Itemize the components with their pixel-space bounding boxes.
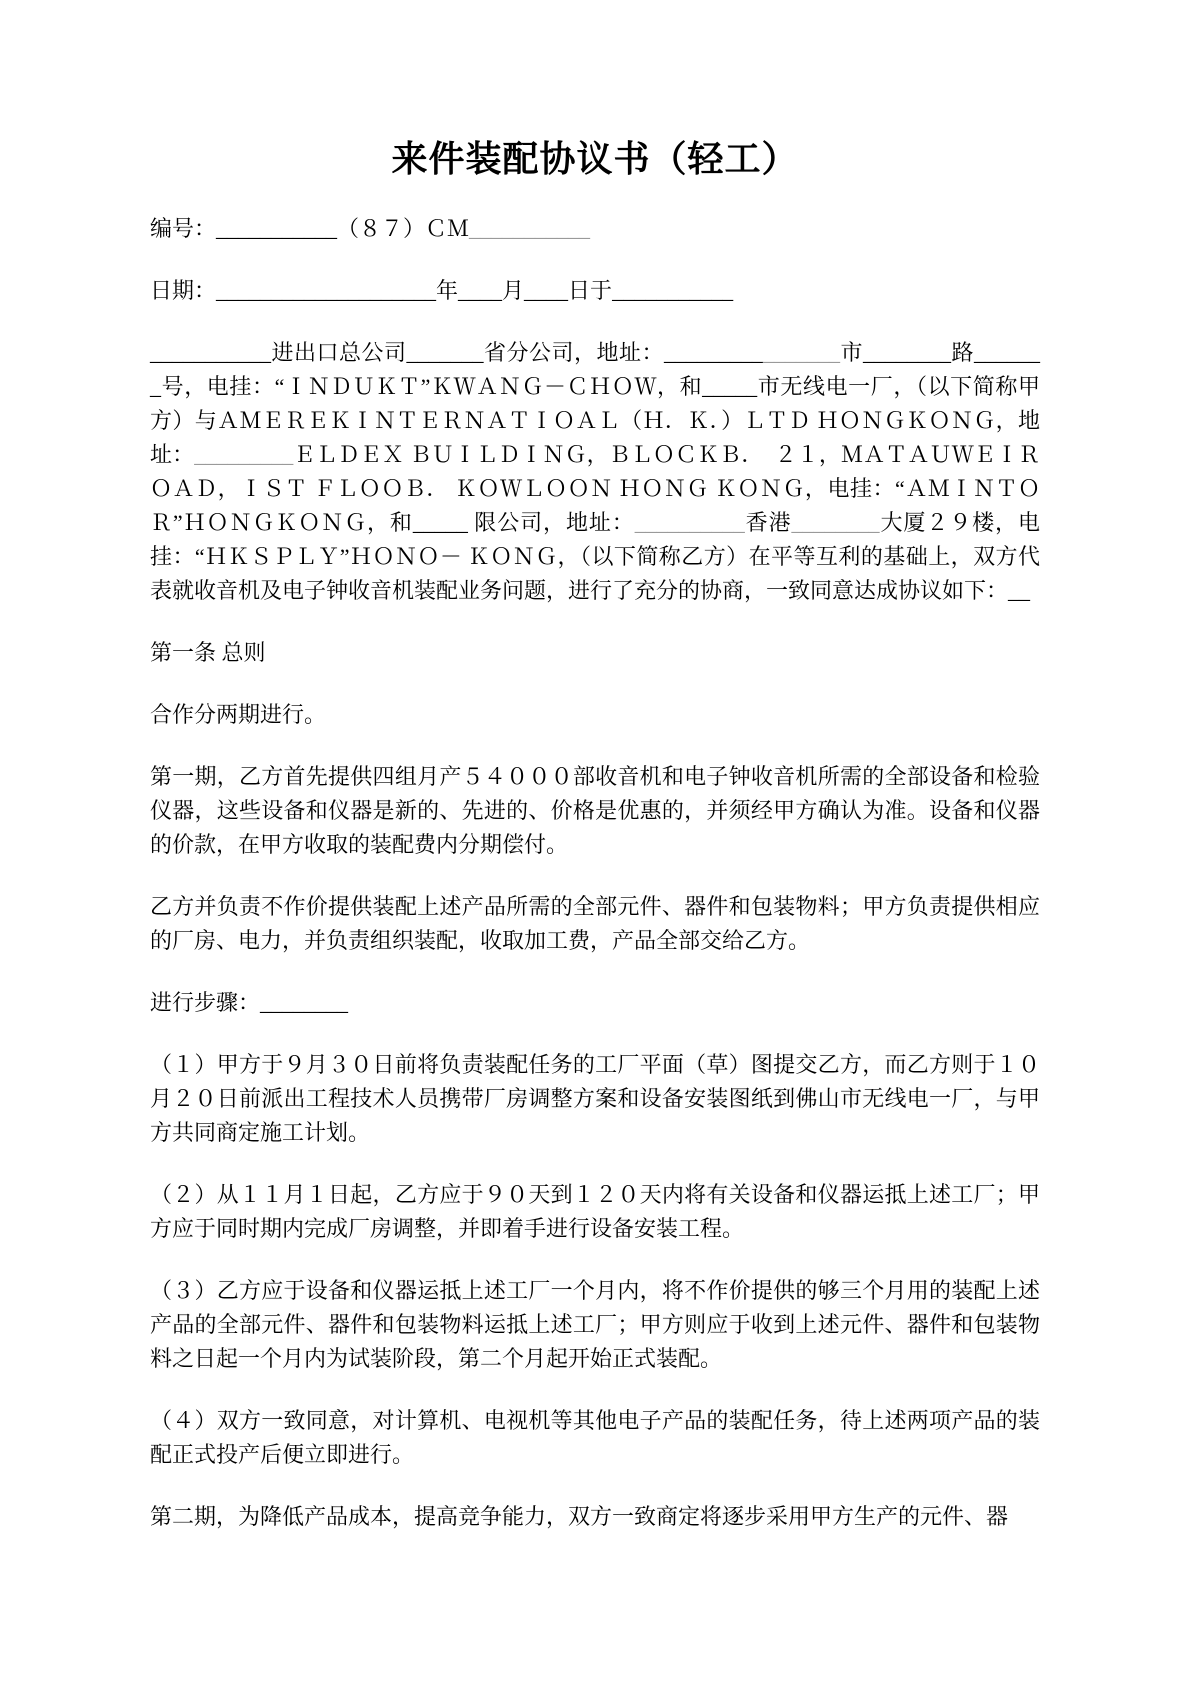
text-run: 进行步骤：	[150, 990, 260, 1015]
text-run: 年	[436, 278, 458, 303]
para-steps-label: 进行步骤：________	[150, 986, 1040, 1020]
text-run: 进出口总公司	[271, 340, 406, 365]
text-run: 号，电挂：“ＩＮＤＵＫＴ”ＫＷＡＮＧ－ＣＨＯＷ，和	[161, 374, 702, 399]
text-run: 乙方并负责不作价提供装配上述产品所需的全部元件、器件和包装物料；甲方负责提供相应…	[150, 894, 1040, 953]
text-run: 日于	[568, 278, 612, 303]
text-run: _________	[194, 442, 293, 467]
text-run: 第二期，为降低产品成本，提高竞争能力，双方一致商定将逐步采用甲方生产的元件、器	[150, 1504, 1008, 1529]
text-run: （１）甲方于９月３０日前将负责装配任务的工厂平面（草）图提交乙方，而乙方则于１０…	[150, 1052, 1040, 1145]
text-run: ____	[458, 278, 502, 303]
para-step-1: （１）甲方于９月３０日前将负责装配任务的工厂平面（草）图提交乙方，而乙方则于１０…	[150, 1048, 1040, 1150]
text-run: ________	[863, 340, 951, 365]
text-run: __	[1008, 578, 1030, 603]
field-date: 日期：____________________年____月____日于_____…	[150, 274, 1040, 308]
text-run: ________	[260, 990, 348, 1015]
para-cooperation-phases: 合作分两期进行。	[150, 698, 1040, 732]
field-number: 编号：___________（８７）ＣＭ___________	[150, 212, 1040, 246]
text-run: _________	[664, 340, 763, 365]
text-run: _____	[702, 374, 757, 399]
para-step-4: （４）双方一致同意，对计算机、电视机等其他电子产品的装配任务，待上述两项产品的装…	[150, 1404, 1040, 1472]
text-run: 省分公司，地址：	[483, 340, 663, 365]
para-parties: ___________进出口总公司_______省分公司，地址：________…	[150, 336, 1040, 608]
document-title: 来件装配协议书（轻工）	[150, 134, 1040, 184]
text-run: （２）从１１月１日起，乙方应于９０天到１２０天内将有关设备和仪器运抵上述工厂；甲…	[150, 1182, 1040, 1241]
para-phase-1: 第一期，乙方首先提供四组月产５４０００部收音机和电子钟收音机所需的全部设备和检验…	[150, 760, 1040, 862]
text-run: （４）双方一致同意，对计算机、电视机等其他电子产品的装配任务，待上述两项产品的装…	[150, 1408, 1040, 1467]
contract-document-page: 来件装配协议书（轻工） 编号：___________（８７）ＣＭ________…	[0, 0, 1190, 1534]
para-party-b-materials: 乙方并负责不作价提供装配上述产品所需的全部元件、器件和包装物料；甲方负责提供相应…	[150, 890, 1040, 958]
text-run: 第一条 总则	[150, 640, 266, 665]
text-run: ________	[792, 510, 880, 535]
text-run: （８７）ＣＭ	[337, 216, 469, 241]
text-run: ___________	[150, 340, 271, 365]
text-run: 第一期，乙方首先提供四组月产５４０００部收音机和电子钟收音机所需的全部设备和检验…	[150, 764, 1040, 857]
text-run: ___________	[216, 216, 337, 241]
text-run: 限公司，地址：	[468, 510, 635, 535]
para-step-3: （３）乙方应于设备和仪器运抵上述工厂一个月内，将不作价提供的够三个月用的装配上述…	[150, 1274, 1040, 1376]
text-run: 月	[502, 278, 524, 303]
text-run: _______	[406, 340, 483, 365]
para-step-2: （２）从１１月１日起，乙方应于９０天到１２０天内将有关设备和仪器运抵上述工厂；甲…	[150, 1178, 1040, 1246]
text-run: ___________	[469, 216, 590, 241]
text-run: 编号：	[150, 216, 216, 241]
heading-article-1: 第一条 总则	[150, 636, 1040, 670]
text-run: 日期：	[150, 278, 216, 303]
text-run: __________	[635, 510, 745, 535]
text-run: 合作分两期进行。	[150, 702, 326, 727]
text-run: 市	[840, 340, 863, 365]
text-run: 路	[951, 340, 974, 365]
text-run: （３）乙方应于设备和仪器运抵上述工厂一个月内，将不作价提供的够三个月用的装配上述…	[150, 1278, 1040, 1371]
text-run: _______	[763, 340, 840, 365]
text-run: 香港	[745, 510, 792, 535]
text-run: ____________________	[216, 278, 436, 303]
text-run: _____	[413, 510, 468, 535]
text-run: ____	[524, 278, 568, 303]
text-run: ___________	[612, 278, 733, 303]
para-phase-2: 第二期，为降低产品成本，提高竞争能力，双方一致商定将逐步采用甲方生产的元件、器	[150, 1500, 1040, 1534]
